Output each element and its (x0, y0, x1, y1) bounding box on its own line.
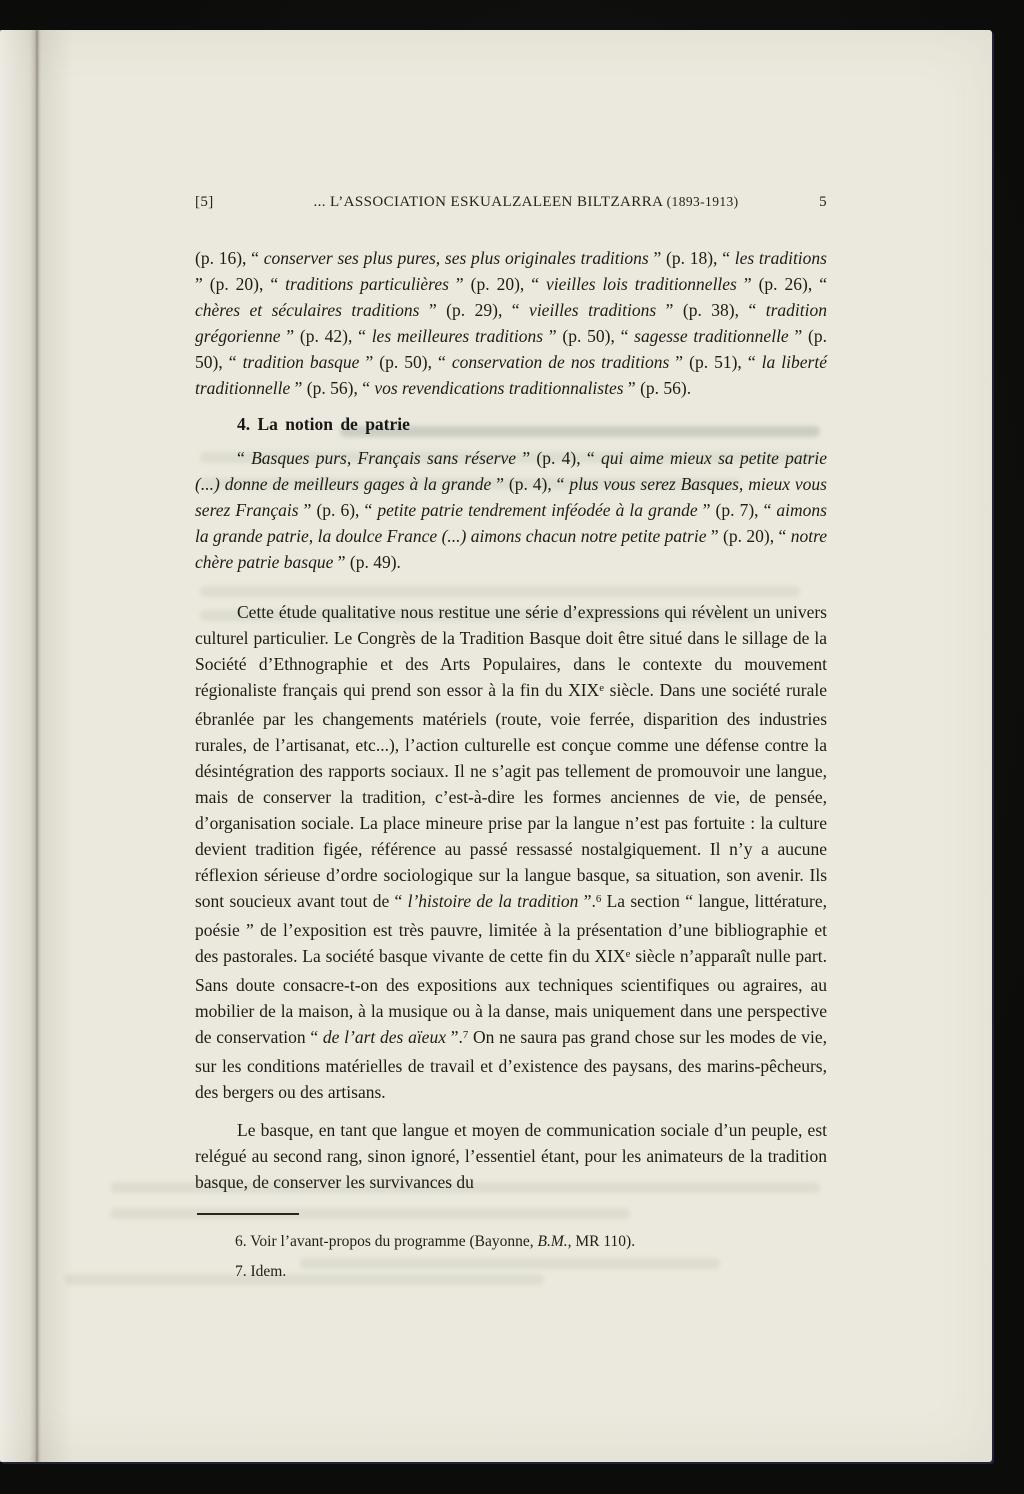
text-segment: Basques purs, Français sans réserve (251, 448, 516, 468)
running-title-text: ... L’ASSOCIATION ESKUALZALEEN BILTZARRA (313, 194, 662, 210)
paragraph: (p. 16), “ conserver ses plus pures, ses… (195, 245, 827, 401)
running-title: ... L’ASSOCIATION ESKUALZALEEN BILTZARRA… (265, 194, 787, 211)
text-segment: vos revendications traditionnalistes (374, 378, 623, 398)
text-segment: ” (p. 20), “ (706, 526, 790, 546)
text-segment: B.M., (537, 1233, 571, 1250)
footnote-rule (197, 1213, 299, 1215)
running-title-years: (1893-1913) (667, 194, 739, 209)
text-segment: petite patrie tendrement inféodée à la g… (377, 500, 697, 520)
text-segment: de l’art des aïeux (323, 1027, 446, 1047)
text-segment: 6. Voir l’avant-propos du programme (Bay… (235, 1233, 537, 1250)
page-number: 5 (787, 194, 827, 211)
superscript: e (599, 682, 604, 694)
paragraph: Cette étude qualitative nous restitue un… (195, 599, 827, 1105)
text-segment: ” (p. 56). (624, 378, 692, 398)
footnotes: 6. Voir l’avant-propos du programme (Bay… (195, 1227, 827, 1287)
text-segment: 7. Idem. (235, 1263, 286, 1280)
text-segment: (p. 16), “ (195, 248, 264, 268)
text-segment: chères et séculaires traditions (195, 300, 419, 320)
text-segment: ” (p. 4), “ (516, 448, 601, 468)
text-segment: conservation de nos traditions (452, 352, 669, 372)
text-segment: ” (p. 18), “ (649, 248, 735, 268)
text-segment: vieilles lois traditionnelles (546, 274, 737, 294)
margin-reference: [5] (195, 194, 265, 211)
paragraph: “ Basques purs, Français sans réserve ” … (195, 445, 827, 575)
text-segment: ” (p. 38), “ (656, 300, 766, 320)
text-segment: ” (p. 42), “ (281, 326, 372, 346)
text-segment: conserver ses plus pures, ses plus origi… (264, 248, 649, 268)
text-segment: ” (p. 49). (333, 552, 401, 572)
text-segment: ” (p. 56), “ (290, 378, 374, 398)
footnote: 6. Voir l’avant-propos du programme (Bay… (195, 1227, 827, 1257)
text-segment: ” (p. 26), “ (737, 274, 827, 294)
text-segment: “ (237, 448, 251, 468)
superscript: 6 (596, 893, 601, 905)
text-segment: sagesse traditionnelle (634, 326, 789, 346)
text-body: (p. 16), “ conserver ses plus pures, ses… (195, 245, 827, 1195)
paragraph: Le basque, en tant que langue et moyen d… (195, 1117, 827, 1195)
text-segment: ” (p. 50), “ (543, 326, 634, 346)
text-segment: ” (p. 50), “ (359, 352, 451, 372)
text-segment: siècle. Dans une société rurale ébranlée… (195, 680, 827, 911)
text-segment: ”. (578, 891, 595, 911)
text-segment: ” (p. 51), “ (669, 352, 761, 372)
text-segment: tradition basque (243, 352, 360, 372)
text-segment: traditions particulières (285, 274, 449, 294)
text-segment: ” (p. 29), “ (419, 300, 529, 320)
footnote: 7. Idem. (195, 1257, 827, 1287)
text-segment: ” (p. 20), “ (449, 274, 546, 294)
text-segment: les traditions (735, 248, 827, 268)
book-scan: [5] ... L’ASSOCIATION ESKUALZALEEN BILTZ… (0, 0, 1024, 1494)
text-segment: Le basque, en tant que langue et moyen d… (195, 1120, 827, 1192)
section-heading: 4. La notion de patrie (195, 411, 827, 437)
text-segment: ” (p. 6), “ (299, 500, 378, 520)
text-segment: ” (p. 7), “ (698, 500, 777, 520)
text-segment: les meilleures traditions (372, 326, 543, 346)
superscript: e (626, 948, 631, 960)
binding-crease (0, 30, 74, 1462)
page-content: [5] ... L’ASSOCIATION ESKUALZALEEN BILTZ… (195, 30, 827, 1287)
text-segment: ”. (446, 1027, 463, 1047)
text-segment: l’histoire de la tradition (408, 891, 579, 911)
running-head: [5] ... L’ASSOCIATION ESKUALZALEEN BILTZ… (195, 194, 827, 211)
text-segment: ” (p. 4), “ (491, 474, 569, 494)
text-segment: ” (p. 20), “ (195, 274, 285, 294)
text-segment: vieilles traditions (529, 300, 656, 320)
text-segment: MR 110). (572, 1233, 636, 1250)
book-page: [5] ... L’ASSOCIATION ESKUALZALEEN BILTZ… (0, 30, 992, 1462)
superscript: 7 (463, 1029, 468, 1041)
binding-crease-line (36, 30, 38, 1462)
